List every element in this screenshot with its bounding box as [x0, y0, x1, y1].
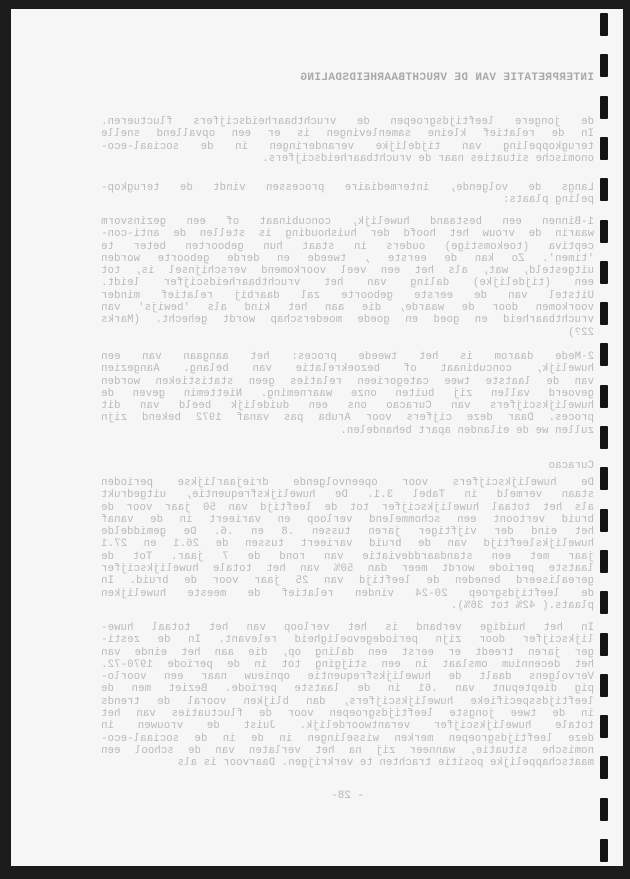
text-line: voorkomen door de waarde, die aan het ki…: [101, 302, 594, 314]
text-line: huwelijksleeftijd van de bruid varieert …: [101, 538, 594, 550]
text-line: peling plaats:: [101, 194, 594, 206]
binding-hole-mark: [600, 178, 608, 201]
binding-hole-mark: [600, 756, 608, 779]
text-line: vruchtbaarheid en goed en goede moedersc…: [101, 314, 594, 326]
text-line: jaar met een standaarddeviatie van rond …: [101, 551, 594, 563]
section-heading: Curacao: [548, 460, 594, 472]
binding-hole-mark: [600, 137, 608, 160]
mirrored-text-layer: INTERPRETATIE VAN DE VRUCHTBAARHEIDSDALI…: [11, 9, 623, 866]
text-line: totale huwelijkscijfer verantwoordelijk.…: [101, 720, 594, 732]
binding-hole-mark: [600, 302, 608, 325]
paragraph: Langs de volgende, intermediaire process…: [101, 182, 594, 207]
binding-hole-mark: [600, 385, 608, 408]
binding-hole-mark: [600, 591, 608, 614]
paragraph: In het huidige verband is het verloop va…: [101, 622, 594, 770]
text-line: terugkoppeling van tijdelijke veranderin…: [101, 141, 594, 153]
text-line: onomische situaties naar de vruchtbaarhe…: [101, 153, 594, 165]
text-line: pig dieptepunt van .61 in de laatste per…: [101, 683, 594, 695]
text-line: 2-Mede daarom is het tweede proces: het …: [101, 351, 594, 363]
paragraph: 2-Mede daarom is het tweede proces: het …: [101, 351, 594, 437]
text-line: uitgesteld, wat, als het een veel voorko…: [101, 265, 594, 277]
text-line: Langs de volgende, intermediaire process…: [101, 182, 594, 194]
text-line: de jongere leeftijdsgroepen de vruchtbaa…: [101, 116, 594, 128]
text-line: het eind der vijftiger jaren tussen .8 e…: [101, 526, 594, 538]
running-head: INTERPRETATIE VAN DE VRUCHTBAARHEIDSDALI…: [190, 72, 594, 84]
binding-hole-mark: [600, 13, 608, 36]
text-line: staan vermeld in Tabel 3.1. De huwelijks…: [101, 489, 594, 501]
text-line: proces. Daar deze cijfers voor Aruba pas…: [101, 412, 594, 424]
text-line: huwelijkscijfers van Curacao ons een dui…: [101, 400, 594, 412]
binding-hole-mark: [600, 839, 608, 862]
text-line: waarin de vrouw het hoofd der huishoudin…: [101, 228, 594, 240]
page-number: - 28-: [101, 790, 594, 802]
text-line: deze leeftijdsgroepen merken wisselingen…: [101, 733, 594, 745]
text-line: bruid vertoont een schommelend verloop e…: [101, 514, 594, 526]
binding-hole-mark: [600, 96, 608, 119]
text-line: Vervolgens daalt de huwelijksfrequentie …: [101, 671, 594, 683]
text-line: de leeftijdsgroep 20-24 vinden relatief …: [101, 588, 594, 600]
binding-hole-mark: [600, 343, 608, 366]
binding-hole-mark: [600, 54, 608, 77]
text-line: ger jaren treedt er eerst een daling op,…: [101, 647, 594, 659]
text-line: leeftijdsspecifieke huwelijkscijfers, da…: [101, 696, 594, 708]
binding-hole-mark: [600, 674, 608, 697]
text-line: ceptiva (toekomstige) ouders in staat hu…: [101, 241, 594, 253]
binding-hole-mark: [600, 509, 608, 532]
binding-hole-mark: [600, 550, 608, 573]
text-line: 'timen'. Zo kan de eerste , tweede en de…: [101, 253, 594, 265]
binding-hole-mark: [600, 220, 608, 243]
text-line: gevoerd vallen zij buiten onze waarnemin…: [101, 388, 594, 400]
text-line: zullen we de eilanden apart behandelen.: [101, 425, 594, 437]
binding-hole-mark: [600, 467, 608, 490]
text-line: In het huidige verband is het verloop va…: [101, 622, 594, 634]
text-line: laatste periode wordt meer dan 50% van h…: [101, 563, 594, 575]
text-line: Uitstel van de eerste geboorte zal daarb…: [101, 290, 594, 302]
text-line: van de laatste twee categorieen relaties…: [101, 376, 594, 388]
paragraph: de jongere leeftijdsgroepen de vruchtbaa…: [101, 116, 594, 165]
binding-hole-mark: [600, 798, 608, 821]
text-line: het decennium omslaat in een stijging to…: [101, 659, 594, 671]
paragraph: 1-Binnen een bestaand huwelijk, concubin…: [101, 216, 594, 339]
text-line: plaats.( 42% tot 36%).: [101, 600, 594, 612]
binding-hole-mark: [600, 633, 608, 656]
scanned-page: INTERPRETATIE VAN DE VRUCHTBAARHEIDSDALI…: [11, 9, 623, 866]
text-line: als het totaal huwelijkscijfer tot de le…: [101, 502, 594, 514]
text-line: maatschappelijke positie trachten te ver…: [101, 757, 594, 769]
text-line: gerealiseerd beneden de leeftijd van 25 …: [101, 575, 594, 587]
binding-hole-mark: [600, 426, 608, 449]
binding-hole-mark: [600, 261, 608, 284]
text-line: huwelijk, concubinaat of bezoekrelatie v…: [101, 363, 594, 375]
paragraph: De huwelijkscijfers voor opeenvolgende d…: [101, 477, 594, 612]
text-line: lijkscijfer door zijn periodegevoelighei…: [101, 634, 594, 646]
text-line: 1-Binnen een bestaand huwelijk, concubin…: [101, 216, 594, 228]
text-line: een (tijdelijke) daling van het vruchtba…: [101, 277, 594, 289]
text-line: In de relatief kleine samenlevingen is e…: [101, 128, 594, 140]
binding-hole-mark: [600, 715, 608, 738]
text-line: De huwelijkscijfers voor opeenvolgende d…: [101, 477, 594, 489]
binding-holes: [600, 0, 608, 879]
text-line: nomische situatie, wanneer zij na het ve…: [101, 745, 594, 757]
text-line: 22?): [101, 327, 594, 339]
text-line: in de twee jongste leeftijdsgroepen voor…: [101, 708, 594, 720]
